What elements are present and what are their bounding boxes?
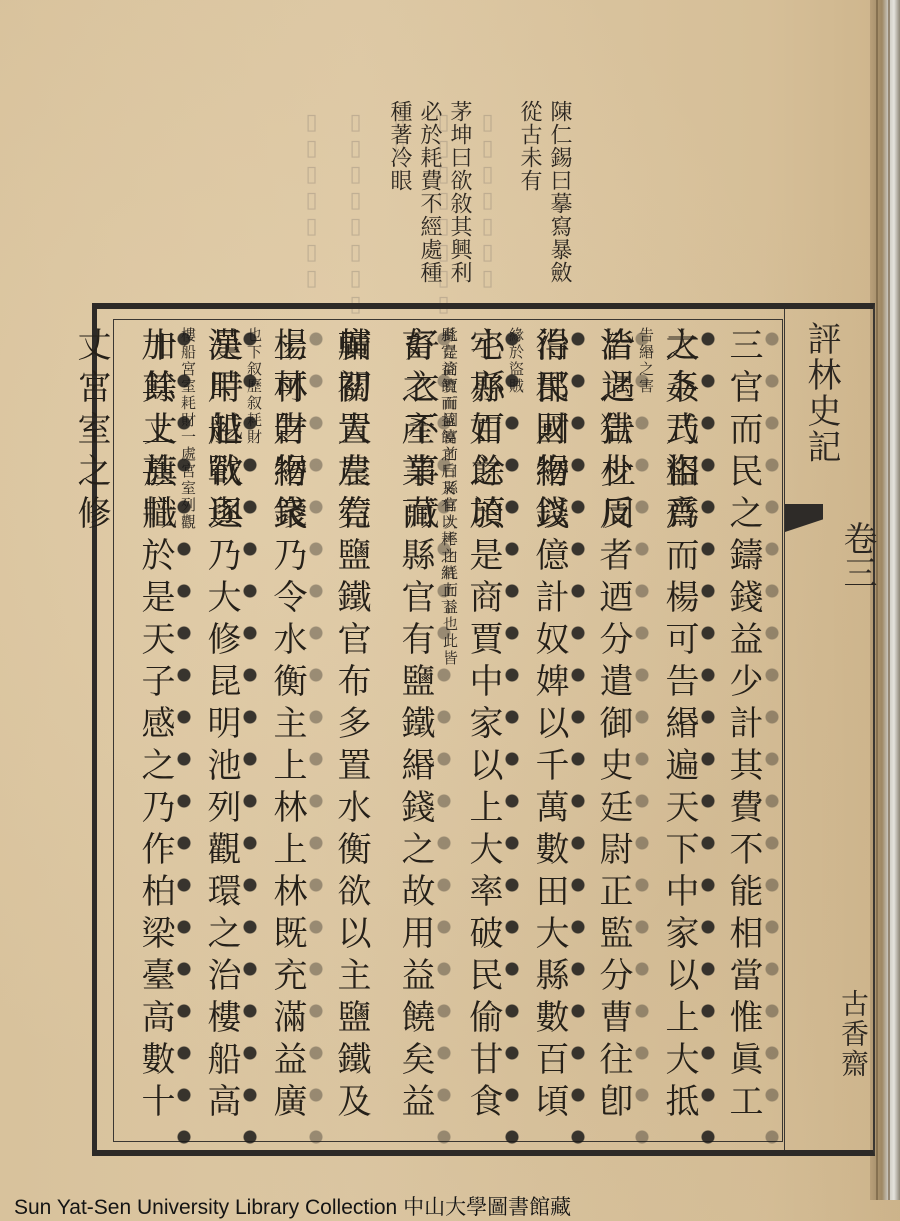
commentary-column: 茅坤曰欲敘其興利	[446, 100, 470, 284]
text-column: 得民財物以億計奴婢以千萬數田大縣數百頃小縣百餘頃	[517, 327, 581, 1147]
spine-line	[888, 0, 890, 1200]
book-page: ▯▯▯▯▯▯▯ ▯▯▯▯▯▯▯▯ ▯▯ ▯▯▯▯▯▯▯▯ ▯▯▯▯▯▯▯ 陳仁錫…	[0, 0, 900, 1221]
book-title: 評林史記	[797, 321, 846, 465]
collection-caption: Sun Yat-Sen University Library Collectio…	[14, 1191, 571, 1221]
text-column: 上林財物衆乃令水衡主上林上林既充滿益廣是時越欲與	[255, 327, 319, 1147]
spine-line	[876, 0, 878, 1200]
emphasis-circle-icon	[567, 327, 589, 1147]
text-column: 宅亦如之於是商賈中家以上大率破民偷甘食好衣不事藏	[451, 327, 515, 1147]
text-column: 加其上甚壯於是天子感之乃作柏梁臺高數十丈宮室之修	[123, 327, 187, 1147]
ghost-column: ▯▯▯▯▯▯▯▯	[344, 110, 366, 318]
emphasis-circle-icon	[173, 327, 195, 1147]
commentary-column: 陳仁錫曰摹寫暴斂	[546, 100, 570, 284]
emphasis-circle-icon	[433, 327, 455, 1147]
text-column: 漢用船戰逐乃大修昆明池列觀環之治樓船高十餘丈旗幟	[189, 327, 253, 1147]
emphasis-circle-icon	[501, 327, 523, 1147]
emphasis-circle-icon	[239, 327, 261, 1147]
emphasis-circle-icon	[305, 327, 327, 1147]
emphasis-circle-icon	[761, 327, 783, 1147]
commentary-column: 從古未有	[516, 100, 540, 284]
text-column: 三官而民之鑄錢益少計其費不能相當惟眞工大姦乃盜爲	[711, 327, 775, 1147]
commentary-mao-kun: 茅坤曰欲敘其興利 必於耗費不經處種 種著冷眼	[386, 100, 470, 284]
main-text-block: 三官而民之鑄錢益少計其費不能相當惟眞工大姦乃盜爲 之卜式相齊而楊可告緡遍天下中家…	[123, 327, 775, 1147]
volume-number: 卷三	[833, 521, 882, 589]
commentary-chen-renxi: 陳仁錫曰摹寫暴斂 從古未有	[516, 100, 570, 284]
upper-margin-commentary: 陳仁錫曰摹寫暴斂 從古未有 茅坤曰欲敘其興利 必於耗費不經處種 種著冷眼	[386, 100, 570, 284]
fishtail-mark-icon	[785, 504, 823, 532]
column-text: 加其上甚壯於是天子感之乃作柏梁臺高數十丈宮室之修	[71, 327, 175, 1125]
text-column: 畜之產業而縣官有鹽鐵緡錢之故用益饒矣益廣關置左右	[383, 327, 447, 1147]
text-column: 之卜式相齊而楊可告緡遍天下中家以上大抵皆遇告杜周	[647, 327, 711, 1147]
center-fold-column: 評林史記 卷三 古香齋	[784, 309, 873, 1150]
text-column: 輔初大農筦鹽鐵官布多置水衡欲以主鹽鐵及楊可告緡錢	[319, 327, 383, 1147]
emphasis-circle-icon	[697, 327, 719, 1147]
ghost-column: ▯▯▯▯▯▯▯	[300, 110, 322, 318]
commentary-column: 種著冷眼	[386, 100, 410, 284]
commentary-column: 必於耗費不經處種	[416, 100, 440, 284]
publisher-hall-name: 古香齋	[833, 989, 873, 1079]
print-frame: 評林史記 卷三 古香齋 三官而民之鑄錢益少計其費不能相當惟眞工大姦乃盜爲 之卜式…	[92, 303, 875, 1156]
emphasis-circle-icon	[631, 327, 653, 1147]
text-column: 治之獄少反者迺分遣御史廷尉正監分曹往卽治郡國緡錢	[581, 327, 645, 1147]
